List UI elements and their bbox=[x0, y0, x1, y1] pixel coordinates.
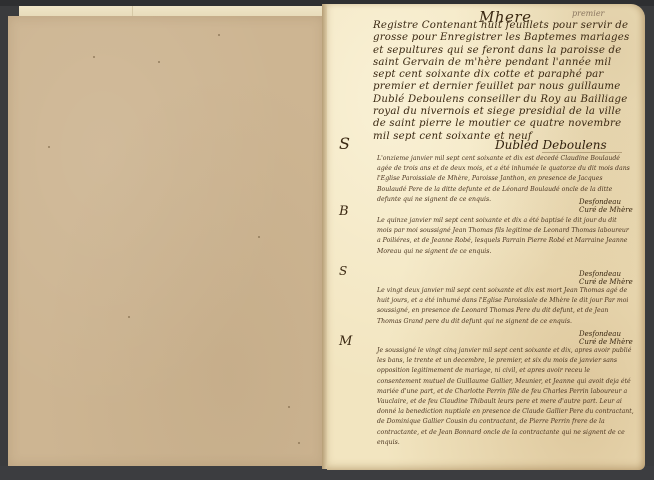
signature-flourish bbox=[542, 152, 622, 153]
entry-margin-label: S bbox=[339, 264, 347, 278]
right-page-manuscript: Mhere premier Registre Contenant huit fe… bbox=[327, 4, 645, 470]
paper-speck bbox=[128, 316, 130, 318]
corner-note: premier bbox=[572, 9, 604, 18]
paper-speck bbox=[258, 236, 260, 238]
paper-speck bbox=[288, 406, 290, 408]
entry-margin-signature: Desfondeau Curé de Mhère bbox=[579, 270, 639, 286]
entry-margin-signature: Desfondeau Curé de Mhère bbox=[579, 198, 639, 214]
entry-margin-signature: Desfondeau Curé de Mhère bbox=[579, 330, 639, 346]
entry-text: Le quinze janvier mil sept cent soixante… bbox=[377, 216, 632, 257]
header-signature: Dubled Deboulens bbox=[495, 138, 607, 152]
paper-speck bbox=[298, 442, 300, 444]
paper-speck bbox=[93, 56, 95, 58]
paper-speck bbox=[158, 61, 160, 63]
entry-margin-label: B bbox=[339, 204, 349, 219]
register-header-text: Registre Contenant huit feuillets pour s… bbox=[373, 20, 637, 143]
paper-speck bbox=[48, 146, 50, 148]
entry-margin-label: S bbox=[339, 134, 350, 153]
entry-text: Je soussigné le vingt cinq janvier mil s… bbox=[377, 346, 635, 448]
entry-margin-label: M bbox=[339, 334, 352, 349]
left-page-blank bbox=[8, 16, 324, 466]
paper-speck bbox=[218, 34, 220, 36]
entry-text: Le vingt deux janvier mil sept cent soix… bbox=[377, 286, 632, 327]
